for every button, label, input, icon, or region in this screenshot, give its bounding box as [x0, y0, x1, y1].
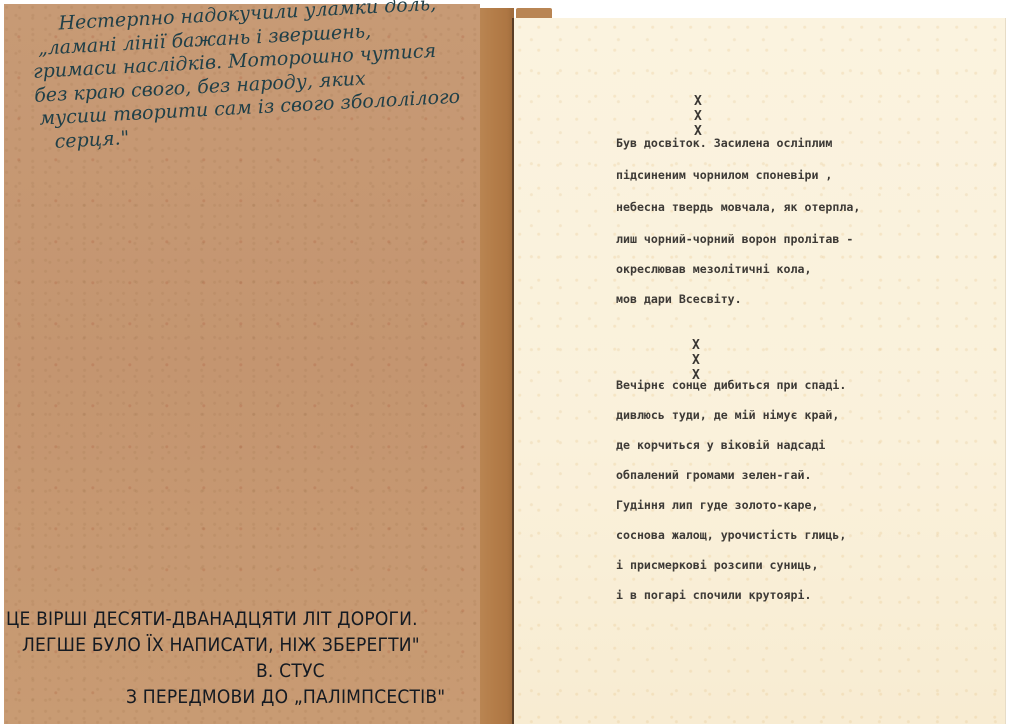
- poem-line: де корчиться у віковій надсаді: [616, 438, 825, 452]
- poem-separator: X X X: [692, 338, 708, 383]
- poem-line: соснова жалощ, урочистість глиць,: [616, 528, 846, 542]
- poem-line: підсиненим чорнилом споневіри ,: [616, 168, 832, 182]
- poem-line: небесна твердь мовчала, як отерпла,: [616, 200, 860, 214]
- poem-line: і присмеркові розсипи суниць,: [616, 558, 818, 572]
- page-edge-shadow: [512, 18, 514, 724]
- handwritten-note: ЦЕ ВІРШІ ДЕСЯТИ-ДВАНАДЦЯТИ ЛІТ ДОРОГИ. Л…: [6, 606, 482, 710]
- poem-line: окреслював мезолітичні кола,: [616, 262, 811, 276]
- poem-line: мов дари Всесвіту.: [616, 292, 742, 306]
- poem-line: Був досвіток. Засилена осліплим: [616, 136, 832, 150]
- note-line: ЦЕ ВІРШІ ДЕСЯТИ-ДВАНАДЦЯТИ ЛІТ ДОРОГИ.: [6, 606, 482, 632]
- poem-line: обпалений громами зелен-гай.: [616, 468, 811, 482]
- poem-line: Гудіння лип гуде золото-каре,: [616, 498, 818, 512]
- note-line: ЛЕГШЕ БУЛО ЇХ НАПИСАТИ, НІЖ ЗБЕРЕГТИ": [6, 632, 482, 658]
- poem-line: лиш чорний-чорний ворон пролітав -: [616, 232, 853, 246]
- handwritten-quote: Нестерпно надокучили уламки доль, „ламан…: [30, 0, 487, 155]
- poem-line: дивлюсь туди, де мій німує край,: [616, 408, 839, 422]
- poem-separator: X X X: [694, 94, 710, 139]
- poem-line: Вечірнє сонце дибиться при спаді.: [616, 378, 846, 392]
- note-author: В. СТУС: [6, 658, 482, 684]
- note-source: З ПЕРЕДМОВИ ДО „ПАЛІМПСЕСТІВ": [6, 684, 482, 710]
- poem-line: і в погарі спочили крутоярі.: [616, 588, 811, 602]
- right-typed-page: [514, 18, 1006, 724]
- scanned-document-spread: Нестерпно надокучили уламки доль, „ламан…: [0, 0, 1024, 724]
